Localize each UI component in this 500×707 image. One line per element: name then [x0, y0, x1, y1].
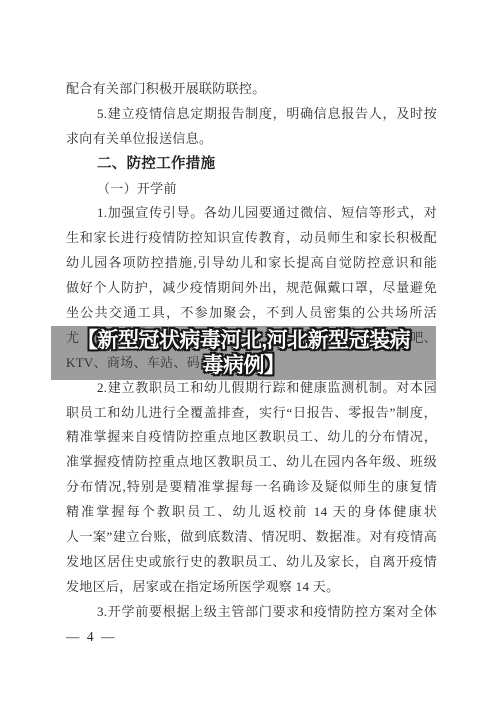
line-item1-4: 做好个人防护，减少疫情期间外出，规范佩戴口罩，尽量避免乘: [66, 276, 437, 301]
line-item2-5: 分布情况,特别是要精准掌握每一名确诊及疑似师生的康复情况，: [66, 475, 437, 500]
watermark-title-line1: 【新型冠状病毒河北,河北新型冠装病: [77, 328, 410, 353]
line-item2-6: 精准掌握每个教职员工、幼儿返校前 14 天的身体健康状况，“一: [66, 500, 437, 525]
subheading-before-opening: （一）开学前: [66, 177, 437, 202]
line-item2-3: 精准掌握来自疫情防控重点地区教职员工、幼儿的分布情况，精: [66, 425, 437, 450]
line-item5-1: 5.建立疫情信息定期报告制度，明确信息报告人，及时按要: [66, 102, 437, 127]
line-item3-1: 3.开学前要根据上级主管部门要求和疫情防控方案对全体: [66, 600, 437, 625]
watermark-title-band: 【新型冠状病毒河北,河北新型冠装病 毒病例】: [51, 326, 436, 380]
line-item2-4: 准掌握疫情防控重点地区教职员工、幼儿在园内各年级、班级的: [66, 450, 437, 475]
line-item1-2: 生和家长进行疫情防控知识宣传教育，动员师生和家长积极配合: [66, 226, 437, 251]
line-item1-5: 坐公共交通工具，不参加聚会，不到人员密集的公共场所活动，: [66, 301, 437, 326]
scanned-document-page: 配合有关部门积极开展联防联控。5.建立疫情信息定期报告制度，明确信息报告人，及时…: [0, 0, 500, 707]
line-item1-3: 幼儿园各项防控措施,引导幼儿和家长提高自觉防控意识和能力，: [66, 251, 437, 276]
line-item2-7: 人一案”建立台账，做到底数清、情况明、数据准。对有疫情高: [66, 525, 437, 550]
line-item2-2: 职员工和幼儿进行全覆盖排查，实行“日报告、零报告”制度，: [66, 401, 437, 426]
line-item2-8: 发地区居住史或旅行史的教职员工、幼儿及家长，自离开疫情高: [66, 550, 437, 575]
page-number: — 4 —: [66, 625, 437, 650]
line-item1-1: 1.加强宣传引导。各幼儿园要通过微信、短信等形式，对师: [66, 201, 437, 226]
heading-section-2: 二、防控工作措施: [66, 152, 437, 177]
line-item5-2: 求向有关单位报送信息。: [66, 127, 437, 152]
line-linkage-control: 配合有关部门积极开展联防联控。: [66, 77, 437, 102]
watermark-title-line2: 毒病例】: [203, 353, 285, 378]
line-item2-9: 发地区后，居家或在指定场所医学观察 14 天。: [66, 575, 437, 600]
